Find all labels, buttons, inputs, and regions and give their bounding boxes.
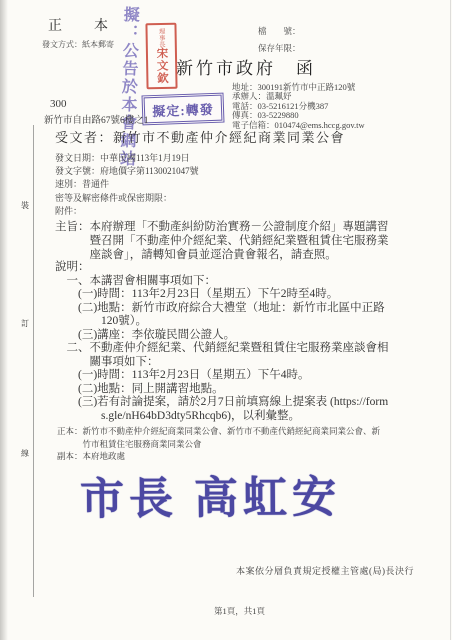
transfer-approval-stamp: 擬定:轉發 <box>142 93 225 126</box>
document-page: 裝 訂 線 正 本 發文方式：紙本郵寄 檔 號： 保存年限： 新竹市政府 函 擬… <box>0 0 452 640</box>
document-title: 新竹市政府 函 <box>176 54 316 79</box>
document-meta-block: 發文日期：中華民國113年1月19日 發文字號：府地價字第1130021047號… <box>55 152 199 218</box>
subject-block: 主旨：本府辦理「不動產糾紛防治實務－公證制度介紹」專題講習 暨召開「不動產仲介經… <box>55 220 389 263</box>
distribution-block: 正本：新竹市不動產仲介經紀商業同業公會、新竹市不動產代銷經紀商業同業公會、新 竹… <box>57 425 380 463</box>
binding-line <box>33 125 34 597</box>
scan-edge-left <box>0 0 8 640</box>
page-number-footer: 第1頁，共1頁 <box>214 605 265 617</box>
binding-mark-ding: 訂 <box>21 318 29 329</box>
copy-type-label: 正 本 <box>48 15 117 35</box>
delegation-closing-line: 本案依分層負責規定授權主管處(局)長決行 <box>236 564 414 577</box>
retention-period-label: 保存年限： <box>258 42 301 54</box>
send-method-label: 發文方式：紙本郵寄 <box>42 39 114 50</box>
binding-mark-zhuang: 裝 <box>21 200 29 211</box>
binding-mark-xian: 線 <box>21 448 29 459</box>
explanation-block: 說明： 一、本講習會相關事項如下： (一)時間：113年2月23日（星期五）下午… <box>55 261 389 423</box>
recipient-line: 受文者：新竹市不動產仲介經紀商業同業公會 <box>55 127 345 146</box>
agency-contact-block: 地址：300191新竹市中正路120號 承辦人：溫珮妤 電話：03-521612… <box>232 83 365 130</box>
chairman-stamp-title: 理事長 <box>157 27 166 47</box>
scan-edge-right <box>450 0 451 640</box>
chairman-seal-stamp: 理事長 宋文欽 <box>145 23 177 90</box>
chairman-stamp-name: 宋文欽 <box>153 47 170 85</box>
recipient-zip: 300 <box>50 98 67 110</box>
recipient-address: 新竹市自由路67號6樓之1 <box>44 112 149 126</box>
file-number-label: 檔 號： <box>258 25 301 37</box>
mayor-signature: 市長 高虹安 <box>80 461 342 527</box>
